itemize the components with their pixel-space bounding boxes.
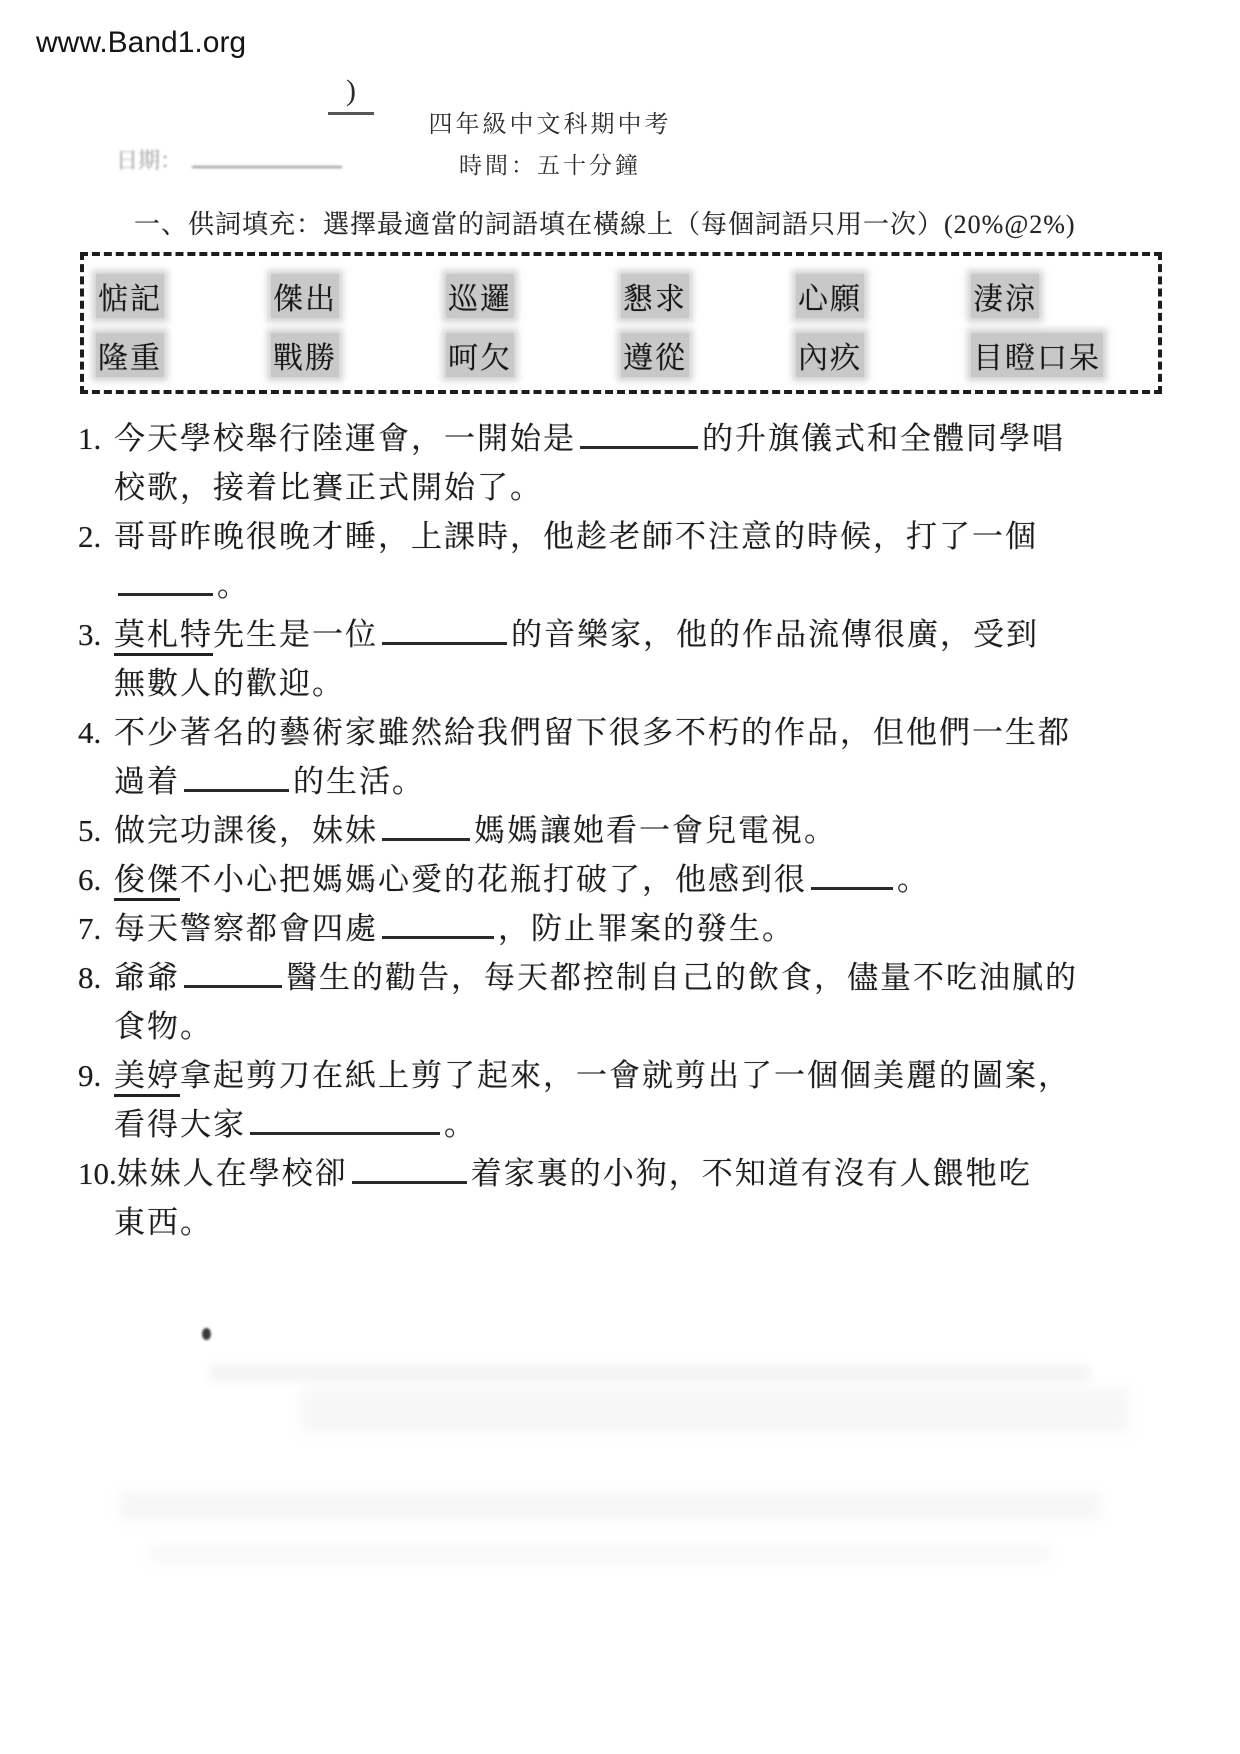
word-bank-word: 目瞪口呆	[971, 333, 1103, 377]
scan-smudge	[210, 1364, 1090, 1382]
question: 7.每天警察都會四處，防止罪案的發生。	[78, 904, 1168, 953]
question-number: 6.	[78, 855, 114, 904]
question-text: 醫生的勸告，每天都控制自己的飲食，儘量不吃油膩的	[286, 960, 1078, 995]
blank-line	[184, 983, 282, 988]
question-text: 食物。	[114, 1009, 213, 1044]
question-line: 7.每天警察都會四處，防止罪案的發生。	[78, 904, 1168, 953]
blank-line	[250, 1130, 440, 1135]
word-bank-row: 隆重戰勝呵欠遵從內疚目瞪口呆	[96, 325, 1146, 384]
question: 4.不少著名的藝術家雖然給我們留下很多不朽的作品，但他們一生都過着的生活。	[78, 708, 1168, 806]
question-text: 妹妹人在學校卻	[117, 1156, 348, 1191]
question: 9.美婷拿起剪刀在紙上剪了起來，一會就剪出了一個個美麗的圖案，看得大家。	[78, 1051, 1168, 1149]
word-bank-row: 惦記傑出巡邏懇求心願淒涼	[96, 266, 1146, 325]
question-line: 。	[78, 561, 1168, 610]
question-text: 着家裏的小狗，不知道有沒有人餵牠吃	[471, 1156, 1032, 1191]
question-number: 9.	[78, 1051, 114, 1100]
question-text: 今天學校舉行陸運會，一開始是	[114, 421, 576, 456]
question-line: 3.莫札特先生是一位的音樂家，他的作品流傳很廣，受到	[78, 610, 1168, 659]
word-bank-word: 懇求	[621, 274, 689, 318]
word-bank-cell: 內疚	[796, 333, 971, 377]
question-text: 不少著名的藝術家雖然給我們留下很多不朽的作品，但他們一生都	[114, 715, 1071, 750]
question: 1.今天學校舉行陸運會，一開始是的升旗儀式和全體同學唱校歌，接着比賽正式開始了。	[78, 414, 1168, 512]
question-text: 媽媽讓她看一會兒電視。	[474, 813, 837, 848]
section-heading: 一、供詞填充：選擇最適當的詞語填在橫線上（每個詞語只用一次）(20%@2%)	[134, 204, 1214, 241]
watermark: www.Band1.org	[36, 26, 246, 60]
question: 8.爺爺醫生的勸告，每天都控制自己的飲食，儘量不吃油膩的食物。	[78, 953, 1168, 1051]
underlined-name: 俊傑	[114, 862, 180, 901]
question-text: 不小心把媽媽心愛的花瓶打破了，他感到很	[180, 862, 807, 897]
question-list: 1.今天學校舉行陸運會，一開始是的升旗儀式和全體同學唱校歌，接着比賽正式開始了。…	[78, 414, 1168, 1247]
date-blank-line	[192, 166, 342, 168]
question: 10.妹妹人在學校卻着家裏的小狗，不知道有沒有人餵牠吃東西。	[78, 1149, 1168, 1247]
page-number-text: )	[346, 74, 356, 107]
question-line: 看得大家。	[78, 1100, 1168, 1149]
blank-line	[811, 885, 893, 890]
question-text: 。	[897, 862, 930, 897]
question-number: 5.	[78, 806, 114, 855]
question: 6.俊傑不小心把媽媽心愛的花瓶打破了，他感到很。	[78, 855, 1168, 904]
exam-title: 四年級中文科期中考	[420, 104, 680, 139]
question-number: 8.	[78, 953, 114, 1002]
underlined-name: 莫札特	[114, 617, 213, 656]
word-bank-word: 內疚	[796, 333, 864, 377]
blank-line	[352, 1179, 467, 1184]
word-bank-cell: 隆重	[96, 333, 271, 377]
question-text: 先生是一位	[213, 617, 378, 652]
word-bank-cell: 目瞪口呆	[971, 333, 1146, 377]
question-line: 9.美婷拿起剪刀在紙上剪了起來，一會就剪出了一個個美麗的圖案，	[78, 1051, 1168, 1100]
question-text: 看得大家	[114, 1107, 246, 1142]
question-line: 食物。	[78, 1002, 1168, 1051]
question-number: 3.	[78, 610, 114, 659]
question-line: 2.哥哥昨晚很晚才睡，上課時，他趁老師不注意的時候，打了一個	[78, 512, 1168, 561]
exam-duration: 時間：五十分鐘	[420, 147, 680, 180]
question: 5.做完功課後，妹妹媽媽讓她看一會兒電視。	[78, 806, 1168, 855]
underlined-name: 美婷	[114, 1058, 180, 1097]
question-text: 東西。	[114, 1205, 213, 1240]
blank-line	[118, 591, 213, 596]
question-text: 做完功課後，妹妹	[114, 813, 378, 848]
blank-line	[382, 836, 470, 841]
question-number: 10.	[78, 1149, 117, 1198]
blank-line	[382, 934, 494, 939]
question-number: 7.	[78, 904, 114, 953]
question-text: 每天警察都會四處	[114, 911, 378, 946]
question-text: 校歌，接着比賽正式開始了。	[114, 470, 543, 505]
question-text: 。	[217, 568, 250, 603]
scan-smudge	[150, 1545, 1050, 1563]
word-bank-word: 遵從	[621, 333, 689, 377]
word-bank-cell: 遵從	[621, 333, 796, 377]
word-bank-word: 戰勝	[271, 333, 339, 377]
question-text: 過着	[114, 764, 180, 799]
question-line: 5.做完功課後，妹妹媽媽讓她看一會兒電視。	[78, 806, 1168, 855]
blank-line	[184, 787, 289, 792]
word-bank-box: 惦記傑出巡邏懇求心願淒涼隆重戰勝呵欠遵從內疚目瞪口呆	[80, 252, 1162, 394]
word-bank-cell: 心願	[796, 274, 971, 318]
question-text: 哥哥昨晚很晚才睡，上課時，他趁老師不注意的時候，打了一個	[114, 519, 1038, 554]
word-bank-cell: 巡邏	[446, 274, 621, 318]
question-text: 的音樂家，他的作品流傳很廣，受到	[511, 617, 1039, 652]
question-text: 的升旗儀式和全體同學唱	[702, 421, 1065, 456]
scan-smudge	[120, 1492, 1100, 1520]
date-label: 日期：	[116, 148, 182, 173]
word-bank-word: 呵欠	[446, 333, 514, 377]
question-line: 6.俊傑不小心把媽媽心愛的花瓶打破了，他感到很。	[78, 855, 1168, 904]
question-line: 8.爺爺醫生的勸告，每天都控制自己的飲食，儘量不吃油膩的	[78, 953, 1168, 1002]
question-text: 的生活。	[293, 764, 425, 799]
question-number: 2.	[78, 512, 114, 561]
date-field: 日期：	[116, 144, 342, 175]
question: 3.莫札特先生是一位的音樂家，他的作品流傳很廣，受到無數人的歡迎。	[78, 610, 1168, 708]
word-bank-cell: 戰勝	[271, 333, 446, 377]
word-bank-word: 淒涼	[971, 274, 1039, 318]
title-block: 四年級中文科期中考 時間：五十分鐘	[420, 104, 680, 180]
word-bank-word: 巡邏	[446, 274, 514, 318]
word-bank-word: 隆重	[96, 333, 164, 377]
question-line: 校歌，接着比賽正式開始了。	[78, 463, 1168, 512]
blank-line	[580, 444, 698, 449]
blank-line	[382, 640, 507, 645]
word-bank-cell: 懇求	[621, 274, 796, 318]
question-line: 10.妹妹人在學校卻着家裏的小狗，不知道有沒有人餵牠吃	[78, 1149, 1168, 1198]
word-bank-word: 傑出	[271, 274, 339, 318]
word-bank-cell: 傑出	[271, 274, 446, 318]
question-text: 爺爺	[114, 960, 180, 995]
ink-speck	[202, 1328, 211, 1340]
question-line: 東西。	[78, 1198, 1168, 1247]
question-text: 拿起剪刀在紙上剪了起來，一會就剪出了一個個美麗的圖案，	[180, 1058, 1071, 1093]
word-bank-cell: 呵欠	[446, 333, 621, 377]
question-line: 1.今天學校舉行陸運會，一開始是的升旗儀式和全體同學唱	[78, 414, 1168, 463]
question-line: 過着的生活。	[78, 757, 1168, 806]
question-line: 無數人的歡迎。	[78, 659, 1168, 708]
question-text: 。	[444, 1107, 477, 1142]
page-number-mark: )	[328, 74, 374, 115]
question-text: ，防止罪案的發生。	[498, 911, 795, 946]
question-number: 4.	[78, 708, 114, 757]
question: 2.哥哥昨晚很晚才睡，上課時，他趁老師不注意的時候，打了一個。	[78, 512, 1168, 610]
page-number-underline	[328, 112, 374, 115]
word-bank-word: 惦記	[96, 274, 164, 318]
word-bank-cell: 淒涼	[971, 274, 1146, 318]
word-bank-word: 心願	[796, 274, 864, 318]
scan-smudge	[300, 1388, 1130, 1434]
exam-page: www.Band1.org ) 四年級中文科期中考 時間：五十分鐘 日期： 一、…	[0, 0, 1240, 1754]
question-text: 無數人的歡迎。	[114, 666, 345, 701]
word-bank-cell: 惦記	[96, 274, 271, 318]
question-number: 1.	[78, 414, 114, 463]
question-line: 4.不少著名的藝術家雖然給我們留下很多不朽的作品，但他們一生都	[78, 708, 1168, 757]
